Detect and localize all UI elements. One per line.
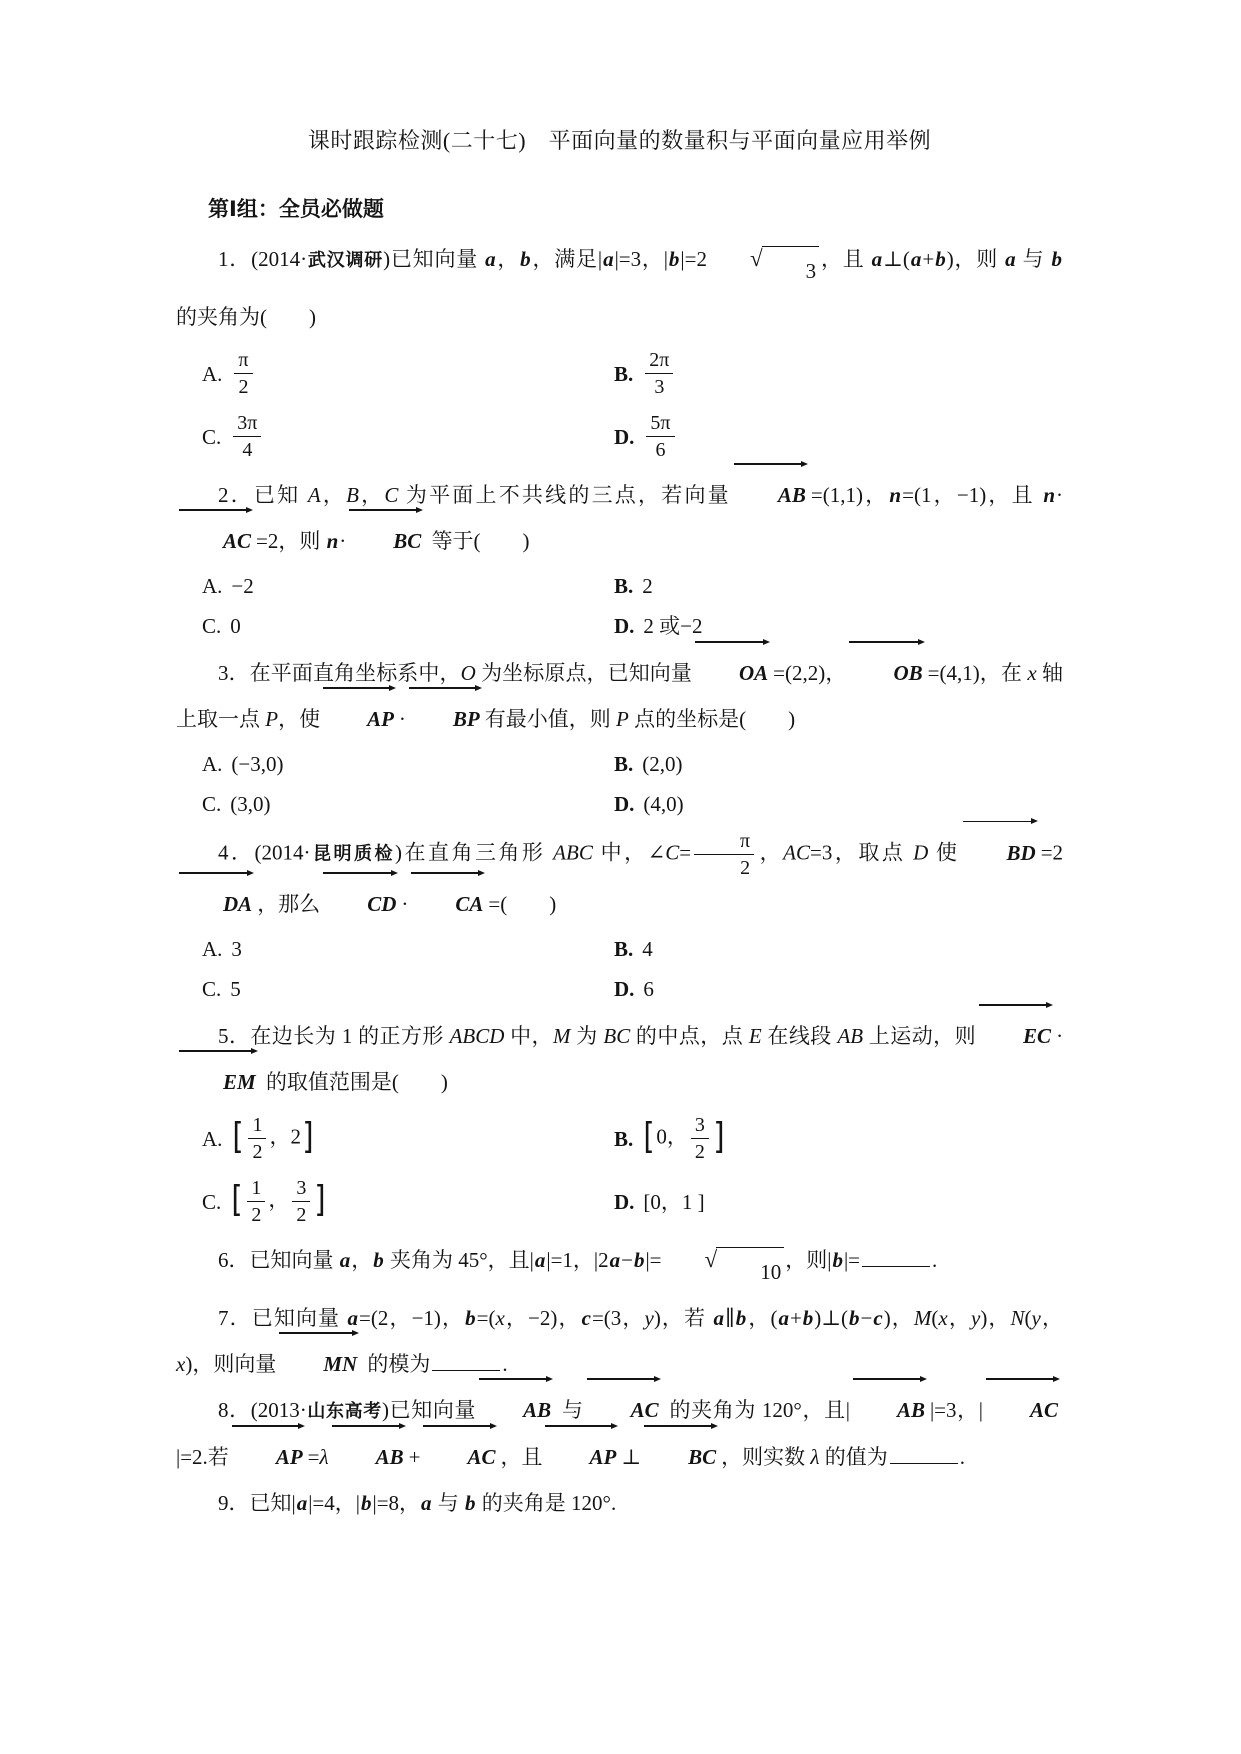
math-variable: x: [1027, 661, 1036, 685]
vector-symbol: b: [464, 1491, 477, 1515]
option-content: 3π4: [230, 410, 264, 463]
text-run: ，: [351, 1248, 372, 1272]
source-tag: 山东高考: [307, 1401, 382, 1421]
vector-symbol: b: [831, 1248, 844, 1272]
vector-name: AB: [897, 1398, 925, 1422]
math-variable: ABC: [553, 841, 593, 865]
option: B.[0，32]: [588, 1107, 1063, 1170]
option-content: 6: [643, 974, 654, 1004]
vector-with-arrow: EC: [980, 1013, 1052, 1059]
text-run: 与: [1017, 247, 1051, 271]
vector-with-arrow: AC: [424, 1434, 496, 1480]
radical: √3: [708, 246, 819, 294]
question-stem: 7．已知向量 a=(2，−1)，b=(x，−2)，c=(3，y)，若 a∥b，(…: [176, 1295, 1063, 1387]
text-run: (4,0): [643, 792, 683, 816]
fraction: 12: [247, 1176, 265, 1227]
text-run: 5．在边长为 1 的正方形: [218, 1024, 450, 1048]
vector-symbol: b: [633, 1248, 646, 1272]
fraction: 12: [248, 1113, 266, 1164]
vector-arrow-icon: [332, 1425, 400, 1426]
vector-arrow-icon: [232, 1425, 299, 1426]
option-label: D.: [614, 1187, 634, 1217]
text-run: )已知向量: [382, 1398, 476, 1422]
option: D.5π6: [588, 405, 1063, 468]
question-stem: 4．(2014·昆明质检)在直角三角形 ABC 中，∠C=π2，AC=3，取点 …: [176, 828, 1063, 927]
option-content: (2,0): [642, 749, 682, 779]
fraction-denominator: 4: [238, 437, 256, 462]
vector-with-arrow: AB: [735, 472, 807, 518]
text-run: 的夹角为 120°，且|: [664, 1398, 850, 1422]
text-run: 与: [556, 1398, 584, 1422]
vector-arrow-icon: [349, 509, 417, 510]
option-grid: A.3B.4C.5D.6: [176, 929, 1063, 1009]
text-run: ，使: [278, 707, 320, 731]
option: D.6: [588, 969, 1063, 1009]
section-heading: 第Ⅰ组：全员必做题: [176, 193, 1063, 227]
text-run: ，: [321, 483, 346, 507]
vector-arrow-icon: [963, 821, 1032, 822]
vector-with-arrow: OA: [696, 650, 769, 696]
vector-symbol: c: [872, 1306, 883, 1330]
text-run: |=8，: [372, 1491, 420, 1515]
vector-name: CD: [367, 892, 396, 916]
option-label: A.: [202, 571, 222, 601]
math-variable: M: [914, 1306, 932, 1330]
option: B.4: [588, 929, 1063, 969]
vector-name: BP: [453, 707, 480, 731]
text-run: +: [409, 1445, 421, 1469]
text-run: 4: [642, 937, 653, 961]
option-row: A.[12，2]B.[0，32]: [176, 1107, 1063, 1170]
open-bracket: [: [232, 1184, 243, 1216]
source-tag: 武汉调研: [307, 250, 383, 270]
vector-symbol: a: [484, 247, 497, 271]
option-label: D.: [614, 789, 634, 819]
radical: √10: [663, 1247, 785, 1295]
text-run: .: [960, 1445, 965, 1469]
option: A.[12，2]: [176, 1107, 588, 1170]
question-stem: 9．已知|a|=4，|b|=8，a 与 b 的夹角是 120°.: [176, 1480, 1063, 1526]
text-run: )已知向量: [383, 247, 484, 271]
fraction-numerator: 1: [248, 1113, 266, 1139]
option-label: D.: [614, 422, 634, 452]
text-run: −: [621, 1248, 633, 1272]
text-run: 在线段: [762, 1024, 838, 1048]
math-variable: N: [1011, 1306, 1025, 1330]
radical-sign-icon: √: [663, 1247, 718, 1271]
vector-arrow-icon: [979, 1004, 1047, 1005]
vector-name: AC: [223, 529, 251, 553]
text-run: )，则向量: [185, 1352, 276, 1376]
math-variable: y: [1032, 1306, 1041, 1330]
text-run: 的夹角是 120°.: [477, 1491, 617, 1515]
vector-arrow-icon: [479, 1378, 547, 1379]
vector-arrow-icon: [179, 509, 247, 510]
fraction: 32: [691, 1113, 709, 1164]
question-7: 7．已知向量 a=(2，−1)，b=(x，−2)，c=(3，y)，若 a∥b，(…: [176, 1295, 1063, 1387]
text-run: )，: [884, 1306, 914, 1330]
vector-symbol: a: [609, 1248, 622, 1272]
option: C.(3,0): [176, 784, 588, 824]
text-run: ·: [1056, 1024, 1063, 1048]
vector-with-arrow: CA: [412, 881, 484, 927]
fraction: 2π3: [645, 348, 673, 399]
option-label: D.: [614, 974, 634, 1004]
option-label: A.: [202, 1124, 222, 1154]
fraction: 5π6: [646, 411, 674, 462]
vector-name: DA: [223, 892, 252, 916]
vector-with-arrow: CD: [324, 881, 397, 927]
vector-arrow-icon: [986, 1378, 1054, 1379]
option-content: 2 或−2: [643, 611, 702, 641]
vector-name: AP: [589, 1445, 616, 1469]
vector-symbol: c: [581, 1306, 592, 1330]
option-content: 2: [642, 571, 653, 601]
option-content: [12，32]: [230, 1175, 327, 1228]
text-run: =: [679, 841, 691, 865]
vector-arrow-icon: [323, 872, 392, 873]
text-run: 中，∠: [593, 841, 665, 865]
vector-with-arrow: MN: [280, 1341, 358, 1387]
text-run: =2: [1041, 841, 1063, 865]
option: C.[12，32]: [176, 1170, 588, 1233]
question-stem: 8．(2013·山东高考)已知向量AB 与AC 的夹角为 120°，且|AB|=…: [176, 1387, 1063, 1480]
vector-arrow-icon: [644, 1425, 712, 1426]
vector-symbol: a: [602, 247, 615, 271]
option-label: D.: [614, 611, 634, 641]
text-run: ，: [1041, 1306, 1063, 1330]
text-run: ∥: [725, 1306, 735, 1330]
text-run: 等于( ): [426, 529, 529, 553]
vector-name: AB: [778, 483, 806, 507]
vector-arrow-icon: [179, 1050, 252, 1051]
vector-name: BC: [688, 1445, 716, 1469]
math-variable: AB: [837, 1024, 863, 1048]
vector-symbol: b: [372, 1248, 385, 1272]
text-run: ，: [268, 1188, 289, 1212]
option: A.(−3,0): [176, 744, 588, 784]
text-run: =(1,1)，: [811, 483, 889, 507]
option-content: [0，32]: [642, 1112, 726, 1165]
text-run: 0: [230, 614, 241, 638]
text-run: |=4，|: [308, 1491, 360, 1515]
text-run: ，: [497, 247, 520, 271]
text-run: 有最小值，则: [485, 707, 616, 731]
option-label: B.: [614, 749, 633, 779]
option-label: C.: [202, 789, 221, 819]
text-run: 3．在平面直角坐标系中，: [218, 661, 461, 685]
vector-symbol: n: [888, 483, 902, 507]
text-run: 4．(2014·: [218, 841, 310, 865]
fraction-numerator: π: [694, 829, 754, 855]
text-run: ·: [1056, 483, 1063, 507]
math-variable: x: [938, 1306, 947, 1330]
text-run: )在直角三角形: [395, 841, 553, 865]
option-label: A.: [202, 359, 222, 389]
text-run: ·: [401, 892, 408, 916]
vector-arrow-icon: [409, 687, 476, 688]
fraction-numerator: 3π: [233, 411, 261, 437]
math-variable: x: [176, 1352, 185, 1376]
text-run: )⊥(: [814, 1306, 848, 1330]
text-run: ，那么: [257, 892, 320, 916]
option-content: 4: [642, 934, 653, 964]
text-run: ，满足|: [532, 247, 602, 271]
math-variable: x: [496, 1306, 505, 1330]
option-content: [0，1 ]: [643, 1187, 704, 1217]
fraction: π2: [694, 829, 754, 880]
option-content: [12，2]: [231, 1112, 315, 1165]
vector-symbol: a: [910, 247, 923, 271]
option-row: C.3π4D.5π6: [176, 405, 1063, 468]
option: B.2: [588, 566, 1063, 606]
text-run: )，则: [947, 247, 1004, 271]
worksheet-page: 课时跟踪检测(二十七) 平面向量的数量积与平面向量应用举例 第Ⅰ组：全员必做题 …: [0, 0, 1241, 1754]
vector-symbol: b: [668, 247, 681, 271]
text-run: ，: [359, 483, 384, 507]
math-variable: P: [265, 707, 278, 731]
text-run: 0，: [656, 1125, 688, 1149]
vector-name: CA: [455, 892, 483, 916]
vector-symbol: a: [420, 1491, 433, 1515]
vector-name: AC: [1030, 1398, 1058, 1422]
text-run: 为坐标原点，已知向量: [476, 661, 692, 685]
question-stem: 1．(2014·武汉调研)已知向量 a，b，满足|a|=3，|b|=2√3，且 …: [176, 236, 1063, 340]
vector-symbol: a: [1004, 247, 1017, 271]
text-run: =2，则: [256, 529, 326, 553]
fraction-denominator: 2: [694, 855, 754, 880]
text-run: |=3，|: [615, 247, 668, 271]
option-content: −2: [231, 571, 253, 601]
math-variable: E: [749, 1024, 762, 1048]
fraction-numerator: 5π: [646, 411, 674, 437]
text-run: 为: [571, 1024, 604, 1048]
text-run: =(1，−1)，且: [902, 483, 1042, 507]
text-run: 2: [642, 574, 653, 598]
text-run: .: [502, 1352, 507, 1376]
option-content: 3: [231, 934, 242, 964]
text-run: ，(: [747, 1306, 777, 1330]
option: B.(2,0): [588, 744, 1063, 784]
fraction-numerator: 1: [247, 1176, 265, 1202]
text-run: 上运动，则: [863, 1024, 976, 1048]
fraction: π2: [234, 348, 252, 399]
option-grid: A.π2B.2π3C.3π4D.5π6: [176, 342, 1063, 468]
text-run: 8．(2013·: [218, 1398, 307, 1422]
answer-blank: [862, 1245, 930, 1267]
vector-symbol: a: [347, 1306, 360, 1330]
option-row: A.3B.4: [176, 929, 1063, 969]
option-content: 0: [230, 611, 241, 641]
fraction-numerator: 3: [292, 1176, 310, 1202]
math-variable: y: [971, 1306, 980, 1330]
text-run: =(3，: [592, 1306, 645, 1330]
math-variable: λ: [320, 1445, 329, 1469]
text-run: 2．已知: [218, 483, 308, 507]
vector-name: AC: [467, 1445, 495, 1469]
option-label: B.: [614, 934, 633, 964]
text-run: 的夹角为( ): [176, 305, 316, 329]
text-run: 点的坐标是( ): [629, 707, 795, 731]
text-run: 6．已知向量: [218, 1248, 339, 1272]
option-label: C.: [202, 611, 221, 641]
vector-name: EM: [223, 1070, 256, 1094]
text-run: |=: [645, 1248, 661, 1272]
option: D.(4,0): [588, 784, 1063, 824]
text-run: (3,0): [230, 792, 270, 816]
question-2: 2．已知 A，B，C 为平面上不共线的三点，若向量AB=(1,1)，n=(1，−…: [176, 472, 1063, 646]
text-run: 3: [231, 937, 242, 961]
option-label: B.: [614, 571, 633, 601]
fraction-denominator: 2: [292, 1202, 310, 1227]
vector-symbol: a: [296, 1491, 309, 1515]
question-6: 6．已知向量 a，b 夹角为 45°，且|a|=1，|2a−b|=√10，则|b…: [176, 1237, 1063, 1295]
text-run: =( ): [488, 892, 556, 916]
vector-arrow-icon: [411, 872, 479, 873]
text-run: 的模为: [362, 1352, 430, 1376]
close-bracket: ]: [315, 1184, 326, 1216]
option-row: A.−2B.2: [176, 566, 1063, 606]
fraction-denominator: 3: [650, 374, 668, 399]
vector-name: AC: [631, 1398, 659, 1422]
text-run: ，: [948, 1306, 971, 1330]
vector-with-arrow: AP: [324, 696, 395, 742]
vector-with-arrow: AP: [546, 1434, 617, 1480]
vector-arrow-icon: [179, 872, 248, 873]
option-row: A.π2B.2π3: [176, 342, 1063, 405]
vector-symbol: a: [713, 1306, 726, 1330]
fraction-numerator: π: [234, 348, 252, 374]
option-content: (4,0): [643, 789, 683, 819]
vector-arrow-icon: [853, 1378, 921, 1379]
answer-blank: [432, 1349, 500, 1371]
text-run: =(4,1)，在: [928, 661, 1028, 685]
text-run: |=: [844, 1248, 860, 1272]
radicand: 3: [762, 246, 820, 294]
text-run: 为平面上不共线的三点，若向量: [398, 483, 731, 507]
text-run: =(2,2)，: [773, 661, 846, 685]
question-stem: 5．在边长为 1 的正方形 ABCD 中，M 为 BC 的中点，点 E 在线段 …: [176, 1013, 1063, 1105]
vector-name: OA: [739, 661, 768, 685]
math-variable: ABCD: [450, 1024, 505, 1048]
option-label: B.: [614, 359, 633, 389]
option: B.2π3: [588, 342, 1063, 405]
question-9: 9．已知|a|=4，|b|=8，a 与 b 的夹角是 120°.: [176, 1480, 1063, 1526]
text-run: +: [790, 1306, 802, 1330]
text-run: .: [932, 1248, 937, 1272]
vector-name: EC: [1023, 1024, 1051, 1048]
math-variable: M: [553, 1024, 571, 1048]
text-run: =(2，−1)，: [359, 1306, 464, 1330]
math-variable: A: [308, 483, 321, 507]
vector-symbol: b: [1051, 247, 1064, 271]
vector-arrow-icon: [849, 641, 918, 642]
radical-sign-icon: √: [708, 246, 763, 270]
text-run: ，2: [269, 1125, 301, 1149]
math-variable: D: [913, 841, 928, 865]
vector-arrow-icon: [279, 1332, 353, 1333]
radicand: 10: [716, 1247, 784, 1295]
page-title: 课时跟踪检测(二十七) 平面向量的数量积与平面向量应用举例: [176, 126, 1063, 157]
option-label: C.: [202, 974, 221, 1004]
option-content: (3,0): [230, 789, 270, 819]
text-run: 6: [643, 977, 654, 1001]
option: A.−2: [176, 566, 588, 606]
math-variable: AC: [783, 841, 810, 865]
vector-name: AP: [276, 1445, 303, 1469]
text-run: |=2: [680, 247, 707, 271]
fraction-numerator: 3: [691, 1113, 709, 1139]
question-5: 5．在边长为 1 的正方形 ABCD 中，M 为 BC 的中点，点 E 在线段 …: [176, 1013, 1063, 1233]
math-variable: BC: [603, 1024, 630, 1048]
vector-name: AB: [523, 1398, 551, 1422]
text-run: ，且: [500, 1445, 542, 1469]
question-list: 1．(2014·武汉调研)已知向量 a，b，满足|a|=3，|b|=2√3，且 …: [176, 236, 1063, 1526]
text-run: |=2.若: [176, 1445, 229, 1469]
vector-with-arrow: AB: [333, 1434, 405, 1480]
text-run: 5: [230, 977, 241, 1001]
text-run: ·: [339, 529, 346, 553]
text-run: ，则实数: [721, 1445, 810, 1469]
text-run: 的中点，点: [630, 1024, 749, 1048]
option: C.3π4: [176, 405, 588, 468]
option-label: B.: [614, 1124, 633, 1154]
text-run: =: [308, 1445, 320, 1469]
question-4: 4．(2014·昆明质检)在直角三角形 ABC 中，∠C=π2，AC=3，取点 …: [176, 828, 1063, 1009]
vector-with-arrow: DA: [180, 881, 253, 927]
text-run: )，若: [654, 1306, 713, 1330]
vector-symbol: n: [1042, 483, 1056, 507]
text-run: 的值为: [819, 1445, 887, 1469]
question-stem: 2．已知 A，B，C 为平面上不共线的三点，若向量AB=(1,1)，n=(1，−…: [176, 472, 1063, 564]
vector-with-arrow: BD: [964, 830, 1037, 876]
option-grid: A.−2B.2C.0D.2 或−2: [176, 566, 1063, 646]
fraction-denominator: 2: [247, 1202, 265, 1227]
option-content: π2: [231, 347, 255, 400]
text-run: ，且: [820, 247, 870, 271]
vector-with-arrow: BC: [645, 1434, 717, 1480]
vector-with-arrow: AC: [987, 1387, 1059, 1433]
question-1: 1．(2014·武汉调研)已知向量 a，b，满足|a|=3，|b|=2√3，且 …: [176, 236, 1063, 468]
option-row: A.(−3,0)B.(2,0): [176, 744, 1063, 784]
fraction-denominator: 2: [248, 1139, 266, 1164]
open-bracket: [: [233, 1121, 244, 1153]
vector-with-arrow: BC: [350, 518, 422, 564]
open-bracket: [: [644, 1121, 655, 1153]
question-8: 8．(2013·山东高考)已知向量AB 与AC 的夹角为 120°，且|AB|=…: [176, 1387, 1063, 1480]
fraction-denominator: 2: [234, 374, 252, 399]
option-content: (−3,0): [231, 749, 283, 779]
close-bracket: ]: [302, 1121, 313, 1153]
fraction: 3π4: [233, 411, 261, 462]
text-run: 7．已知向量: [218, 1306, 347, 1330]
option-row: C.5D.6: [176, 969, 1063, 1009]
math-variable: C: [665, 841, 679, 865]
vector-with-arrow: AC: [180, 518, 252, 564]
source-tag: 昆明质检: [310, 844, 394, 864]
vector-with-arrow: OB: [850, 650, 923, 696]
option-label: A.: [202, 934, 222, 964]
text-run: |=1，|2: [546, 1248, 608, 1272]
option: D.2 或−2: [588, 606, 1063, 646]
vector-arrow-icon: [587, 1378, 655, 1379]
text-run: 的取值范围是( ): [261, 1070, 448, 1094]
option-row: C.(3,0)D.(4,0): [176, 784, 1063, 824]
text-run: =3，取点: [810, 841, 913, 865]
text-run: ，: [757, 841, 783, 865]
text-run: 与: [433, 1491, 465, 1515]
vector-arrow-icon: [734, 463, 802, 464]
